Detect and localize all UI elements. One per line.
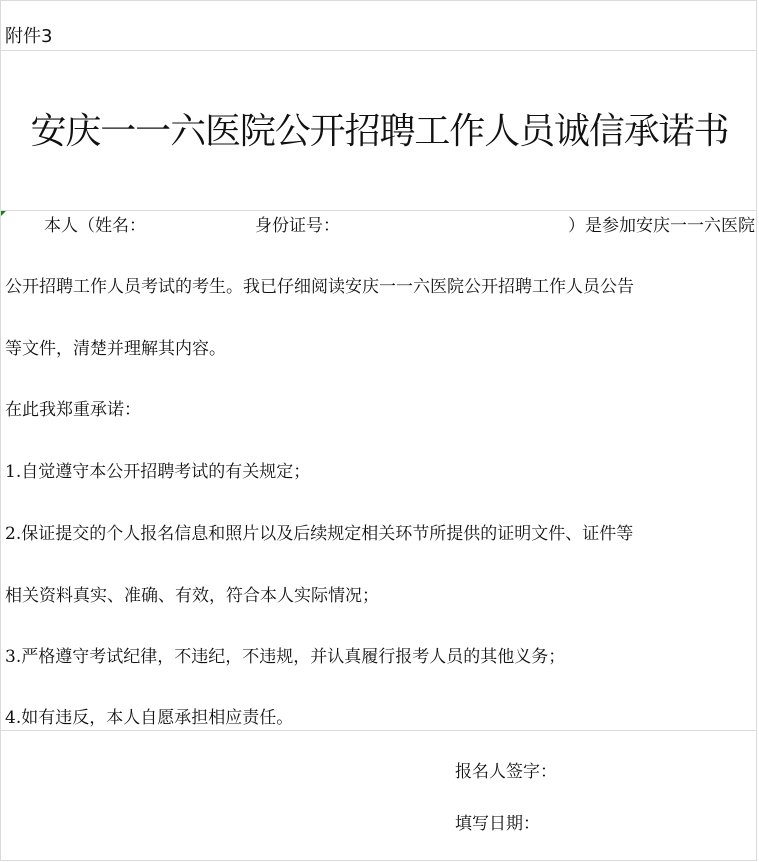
pledge-item-3: 3.严格遵守考试纪律，不违纪，不违规，并认真履行报考人员的其他义务； (5, 646, 565, 668)
pledge-item-2: 2.保证提交的个人报名信息和照片以及后续规定相关环节所提供的证明文件、证件等 (5, 523, 633, 545)
intro-line-2: 公开招聘工作人员考试的考生。我已仔细阅读安庆一一六医院公开招聘工作人员公告 (5, 276, 634, 298)
signer-signature-label: 报名人签字： (455, 761, 557, 783)
pledge-item-4: 4.如有违反，本人自愿承担相应责任。 (5, 707, 293, 729)
cell-attachment-row[interactable] (1, 1, 756, 51)
pledge-intro: 在此我郑重承诺： (5, 399, 141, 421)
cell-signature-row[interactable] (1, 731, 756, 862)
name-label: 本人（姓名： (44, 215, 146, 237)
pledge-item-1: 1.自觉遵守本公开招聘考试的有关规定； (5, 461, 310, 483)
attachment-label: 附件3 (5, 26, 52, 48)
fill-date-label: 填写日期： (455, 813, 540, 835)
document-title: 安庆一一六医院公开招聘工作人员诚信承诺书 (0, 110, 759, 154)
id-number-label: 身份证号： (255, 215, 340, 237)
intro-line-3: 等文件，清楚并理解其内容。 (5, 338, 226, 360)
cell-comment-marker-icon (1, 211, 6, 216)
pledge-item-2-cont: 相关资料真实、准确、有效，符合本人实际情况； (5, 585, 379, 607)
intro-suffix: ）是参加安庆一一六医院 (568, 215, 755, 237)
